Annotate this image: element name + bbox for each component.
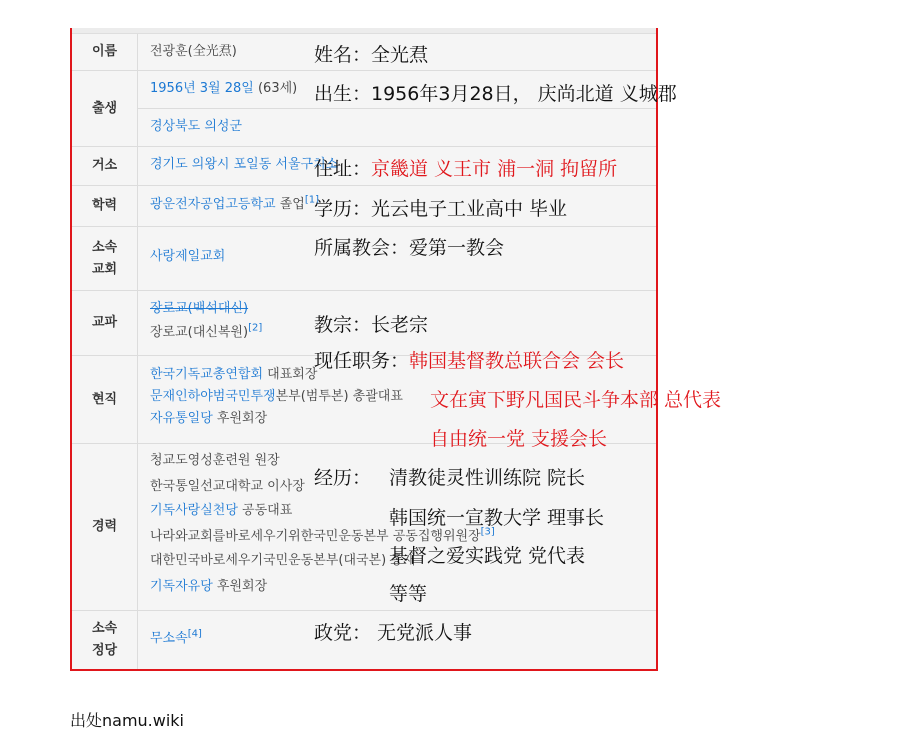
annotation-party: 政党： 无党派人事 (314, 618, 472, 645)
position-text: 본부(범투본) 총괄대표 (276, 389, 403, 404)
party-link[interactable]: 무소속 (150, 631, 188, 646)
annotation-denomination: 教宗：长老宗 (314, 310, 428, 337)
annotation-career-label: 经历： (314, 463, 371, 490)
row-header: 출생 (72, 71, 138, 146)
header-line: 소속 (92, 237, 117, 259)
birth-place: 경상북도 의성군 (150, 117, 648, 137)
annotation-name: 姓名：全光焄 (314, 40, 428, 67)
current-position-1: 韩国基督教总联合会 会长 (409, 350, 624, 372)
denomination-text: 장로교(대신복원) (150, 325, 248, 340)
row-header: 소속 교회 (72, 227, 138, 290)
birth-place-link[interactable]: 경상북도 의성군 (150, 119, 242, 134)
row-header: 학력 (72, 186, 138, 226)
org-link[interactable]: 자유통일당 (150, 411, 213, 426)
denomination-link[interactable]: 장로교(백석대신) (150, 301, 248, 316)
annotation-current-position: 现任职务：韩国基督教总联合会 会长 (314, 346, 624, 373)
address-label: 住址： (314, 158, 371, 180)
source-credit: 出处namu.wiki (70, 708, 184, 731)
org-link[interactable]: 한국기독교총연합회 (150, 367, 263, 382)
header-line: 정당 (92, 640, 117, 662)
age-text: (63세) (254, 81, 297, 96)
row-header: 경력 (72, 444, 138, 610)
annotation-career-3: 基督之爱实践党 党代表 (389, 541, 585, 568)
row-header: 거소 (72, 147, 138, 185)
org-link[interactable]: 기독사랑실천당 (150, 503, 238, 518)
annotation-address: 住址：京畿道 义王市 浦一洞 拘留所 (314, 154, 617, 181)
header-line: 교회 (92, 259, 117, 281)
annotation-career-4: 等等 (389, 579, 427, 606)
footnote-2[interactable]: [2] (248, 323, 262, 334)
annotation-birth: 出生：1956年3月28日， 庆尚北道 义城郡 (314, 79, 677, 106)
residence-link[interactable]: 경기도 의왕시 포일동 서울구치소 (150, 157, 338, 172)
annotation-church: 所属教会：爱第一教会 (314, 233, 504, 260)
org-link[interactable]: 문재인하야범국민투쟁 (150, 389, 276, 404)
position-text: 후원회장 (213, 411, 267, 426)
header-line: 소속 (92, 618, 117, 640)
annotation-current-position-2: 文在寅下野凡国民斗争本部 总代表 (430, 385, 721, 412)
annotation-career-1: 清教徒灵性训练院 院长 (389, 463, 585, 490)
annotation-career-2: 韩国统一宣教大学 理事长 (389, 503, 604, 530)
row-header: 이름 (72, 34, 138, 70)
address-value: 京畿道 义王市 浦一洞 拘留所 (371, 158, 617, 180)
graduation-text: 졸업 (276, 197, 305, 212)
position-text: 대표회장 (263, 367, 317, 382)
row-header: 현직 (72, 356, 138, 443)
row-header: 소속 정당 (72, 611, 138, 669)
row-header: 교파 (72, 291, 138, 355)
school-link[interactable]: 광운전자공업고등학교 (150, 197, 276, 212)
career-text: 공동대표 (238, 503, 292, 518)
org-link[interactable]: 기독자유당 (150, 579, 213, 594)
birth-date-link[interactable]: 1956년 3월 28일 (150, 81, 254, 96)
current-label: 现任职务： (314, 350, 409, 372)
annotation-current-position-3: 自由统一党 支援会长 (430, 424, 607, 451)
church-link[interactable]: 사랑제일교회 (150, 249, 225, 264)
divider (138, 108, 656, 109)
annotation-education: 学历：光云电子工业高中 毕业 (314, 194, 567, 221)
footnote-4[interactable]: [4] (188, 629, 202, 640)
career-text: 후원회장 (213, 579, 267, 594)
